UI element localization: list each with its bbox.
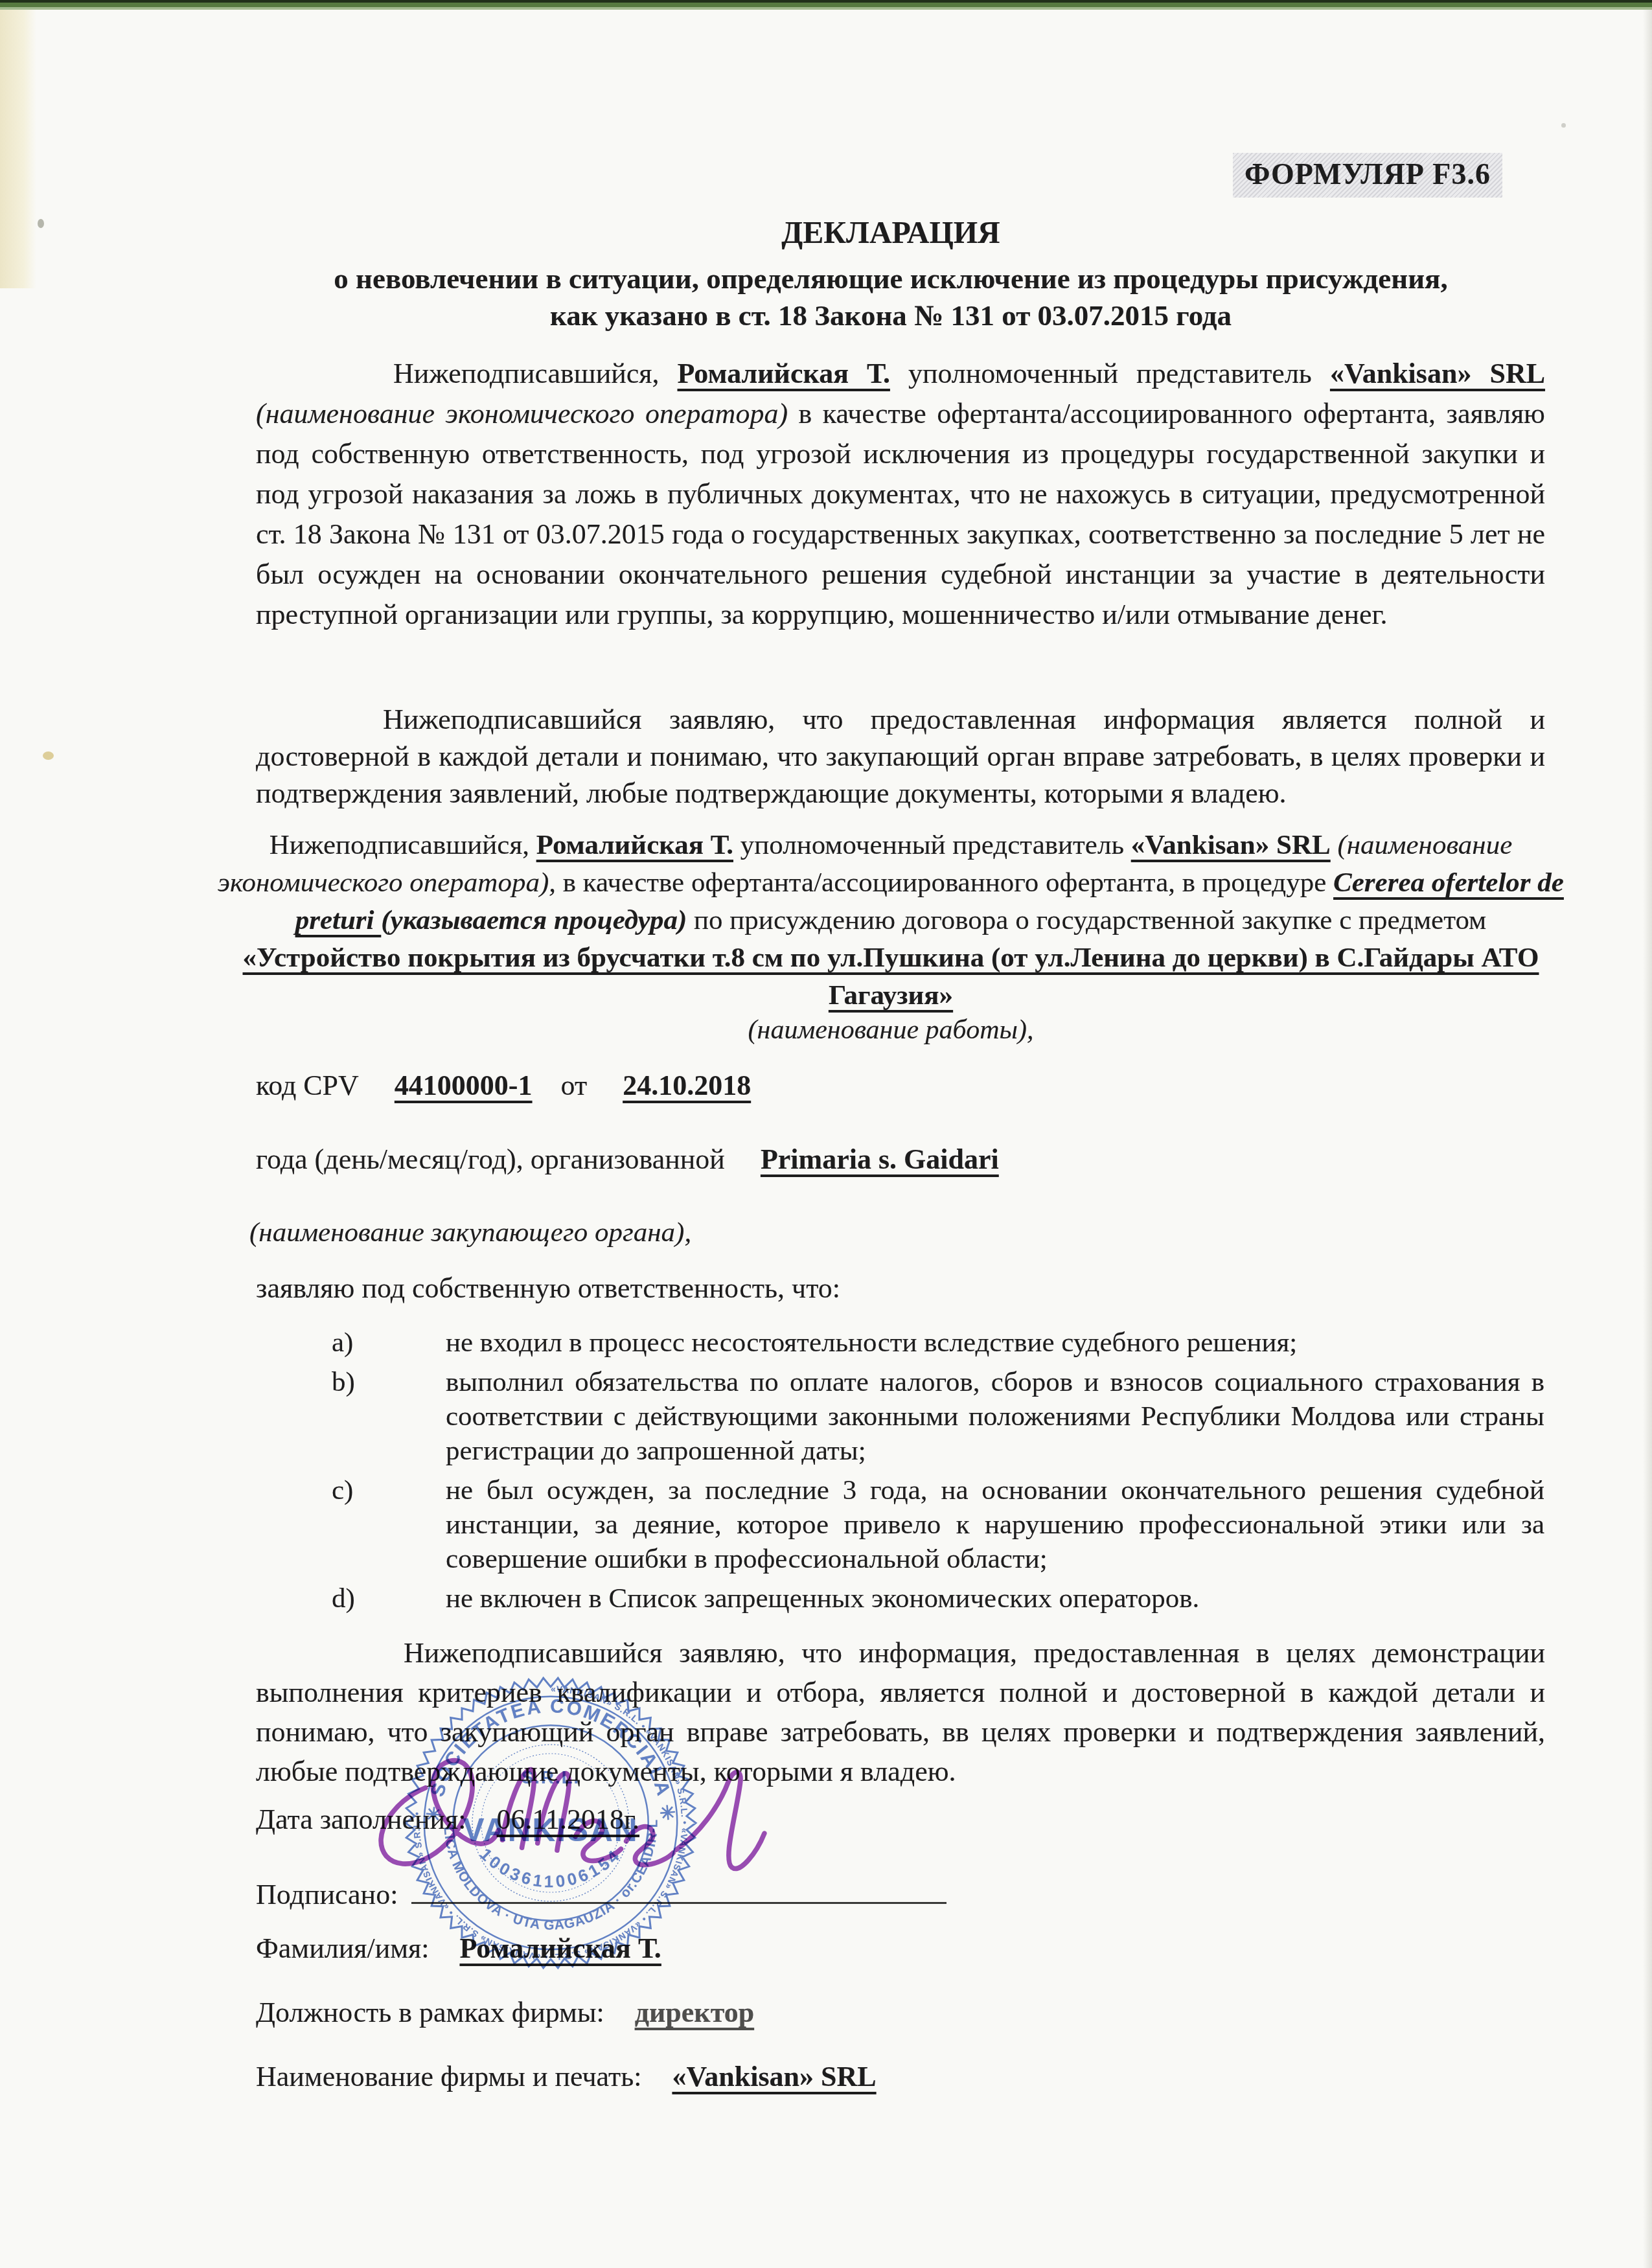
paragraph-information-truthful: Нижеподписавшийся заявляю, что предостав… (256, 701, 1545, 812)
organized-by-line: года (день/месяц/год), организованной Pr… (256, 1143, 1013, 1176)
list-item: a)не входил в процесс несостоятельности … (332, 1325, 1544, 1360)
cpv-date-value: 24.10.2018 (608, 1070, 765, 1101)
hint-operator-name: (наименование экономического оператора) (256, 398, 788, 430)
scanned-declaration-page: ФОРМУЛЯР F3.6 ДЕКЛАРАЦИЯ о невовлечении … (0, 0, 1652, 2268)
list-item-marker: a) (332, 1325, 446, 1360)
subtitle-line-2: как указано в ст. 18 Закона № 131 от 03.… (550, 299, 1232, 332)
list-item: c)не был осужден, за последние 3 года, н… (332, 1473, 1544, 1576)
firm-value: «Vankisan» SRL (658, 2061, 890, 2092)
firm-label: Наименование фирмы и печать: (256, 2061, 641, 2092)
subtitle-line-1: о невовлечении в ситуации, определяющие … (334, 262, 1447, 295)
list-item-marker: b) (332, 1365, 446, 1468)
cpv-code-value: 44100000-1 (380, 1070, 547, 1101)
paragraph-self-declaration: Нижеподписавшийся, Ромалийская Т. уполно… (256, 354, 1545, 635)
form-number-label: ФОРМУЛЯР F3.6 (1233, 153, 1502, 198)
text-run: уполномоченный представитель (890, 358, 1330, 389)
list-item-marker: d) (332, 1581, 446, 1616)
field-firm-name-stamp: Наименование фирмы и печать: «Vankisan» … (256, 2060, 891, 2093)
cpv-label: код CPV (256, 1070, 359, 1101)
list-item-marker: c) (332, 1473, 446, 1576)
text-run: по присуждению договора о государственно… (687, 905, 1486, 935)
signature-scribble (347, 1702, 777, 1938)
company-name: «Vankisan» SRL (1131, 830, 1331, 860)
contracting-authority: Primaria s. Gaidari (746, 1143, 1013, 1175)
list-item-text: не был осужден, за последние 3 года, на … (446, 1473, 1544, 1576)
text-run: Нижеподписавшийся, (270, 830, 536, 860)
hint-work-name: (наименование работы), (214, 1014, 1568, 1046)
hint-procedure: (указывается процедура) (381, 905, 687, 935)
scan-edge-left (0, 10, 36, 288)
document-title: ДЕКЛАРАЦИЯ (194, 215, 1587, 251)
declarant-name: Ромалийская Т. (678, 358, 890, 389)
scan-speck (43, 751, 54, 760)
contract-subject: «Устройство покрытия из брусчатки т.8 см… (243, 943, 1539, 1011)
declarant-name: Ромалийская Т. (536, 830, 733, 860)
scan-edge-right (1643, 10, 1652, 2268)
declare-statement-line: заявляю под собственную ответственность,… (256, 1272, 840, 1305)
scan-speck (38, 219, 44, 228)
company-name: «Vankisan» SRL (1330, 358, 1545, 389)
list-item-text: не включен в Список запрещенных экономич… (446, 1581, 1544, 1616)
position-label: Должность в рамках фирмы: (256, 1997, 604, 2028)
year-line-prefix: года (день/месяц/год), организованной (256, 1143, 725, 1175)
paragraph-procedure-details: Нижеподписавшийся, Ромалийская Т. уполно… (214, 827, 1568, 1014)
document-subtitle: о невовлечении в ситуации, определяющие … (194, 260, 1587, 334)
text-run: в качестве офертанта/ассоциированного оф… (556, 867, 1333, 898)
position-value: директор (621, 1997, 768, 2028)
cpv-code-line: код CPV 44100000-1 от 24.10.2018 (256, 1069, 765, 1102)
text-run: Нижеподписавшийся, (393, 358, 678, 389)
text-run: уполномоченный представитель (733, 830, 1131, 860)
field-position: Должность в рамках фирмы: директор (256, 1996, 768, 2029)
hint-authority-name: (наименование закупающего органа), (249, 1217, 691, 1248)
text-run: в качестве офертанта/ассоциированного оф… (256, 398, 1545, 630)
list-item: d)не включен в Список запрещенных эконом… (332, 1581, 1544, 1616)
scan-edge-top (0, 0, 1652, 10)
conditions-list: a)не входил в процесс несостоятельности … (332, 1325, 1544, 1621)
list-item: b)выполнил обязательства по оплате налог… (332, 1365, 1544, 1468)
list-item-text: выполнил обязательства по оплате налогов… (446, 1365, 1544, 1468)
scan-speck (1561, 123, 1566, 128)
list-item-text: не входил в процесс несостоятельности вс… (446, 1325, 1544, 1360)
cpv-from-word: от (561, 1070, 588, 1101)
